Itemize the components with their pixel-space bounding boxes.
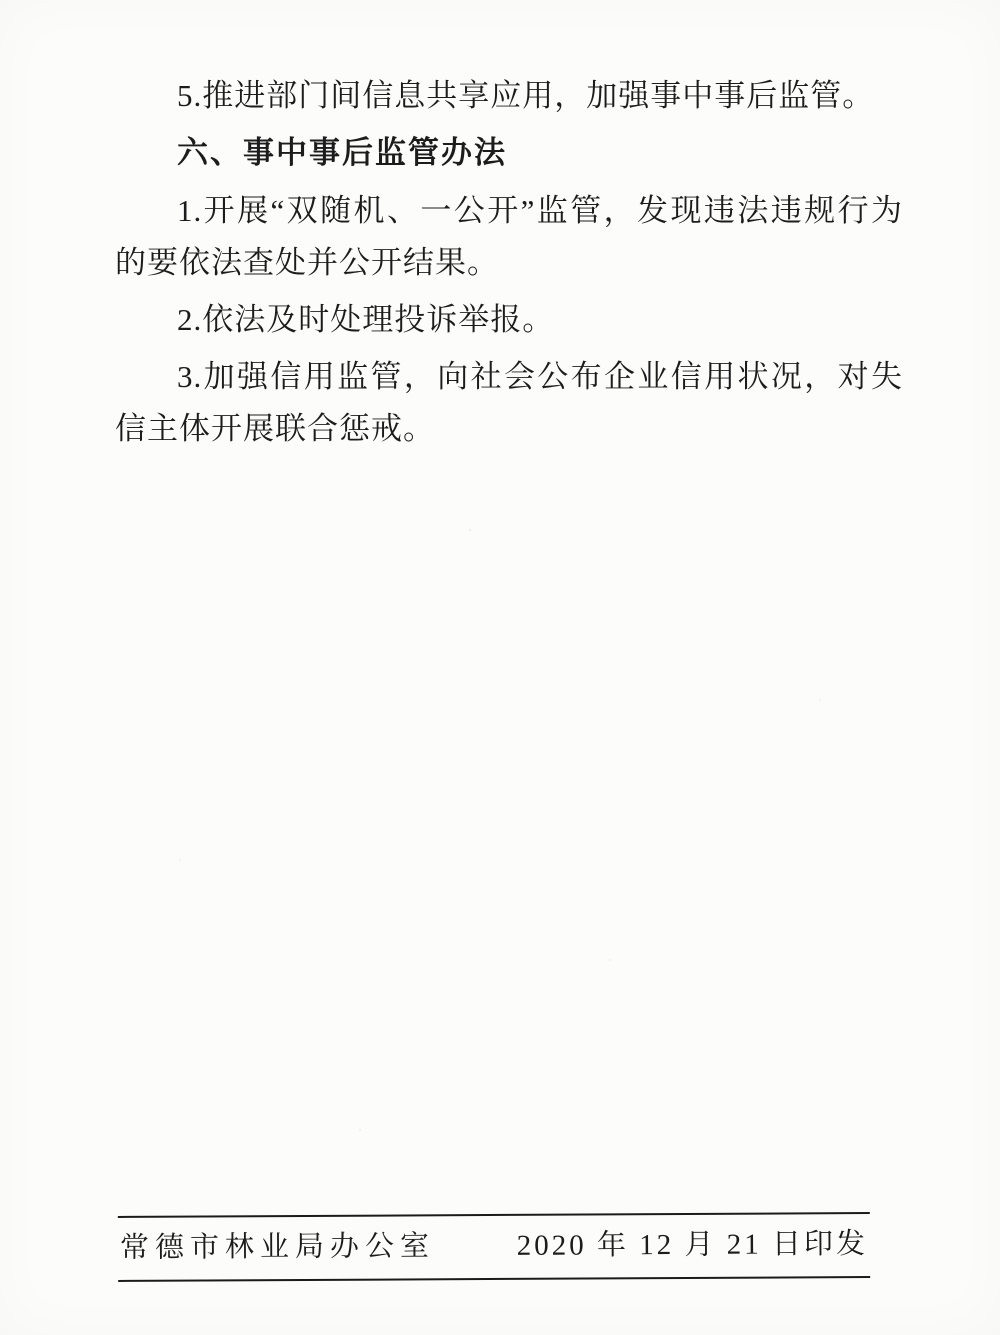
paragraph-item-1: 1.开展“双随机、一公开”监管，发现违法违规行为的要依法查处并公开结果。: [115, 185, 903, 289]
footer-print-info: 常德市林业局办公室 2020 年 12 月 21 日印发: [118, 1212, 870, 1282]
document-body: 5.推进部门间信息共享应用，加强事中事后监管。 六、事中事后监管办法 1.开展“…: [115, 70, 903, 460]
paragraph-item-3: 3.加强信用监管，向社会公布企业信用状况，对失信主体开展联合惩戒。: [115, 351, 903, 455]
paragraph-item-2: 2.依法及时处理投诉举报。: [115, 294, 903, 346]
paragraph-item-5: 5.推进部门间信息共享应用，加强事中事后监管。: [115, 70, 903, 122]
footer-print-date: 2020 年 12 月 21 日印发: [517, 1227, 868, 1263]
section-heading: 六、事中事后监管办法: [115, 127, 903, 179]
footer-issuer: 常德市林业局办公室: [120, 1229, 435, 1265]
scanned-document-page: 5.推进部门间信息共享应用，加强事中事后监管。 六、事中事后监管办法 1.开展“…: [0, 0, 1000, 1335]
